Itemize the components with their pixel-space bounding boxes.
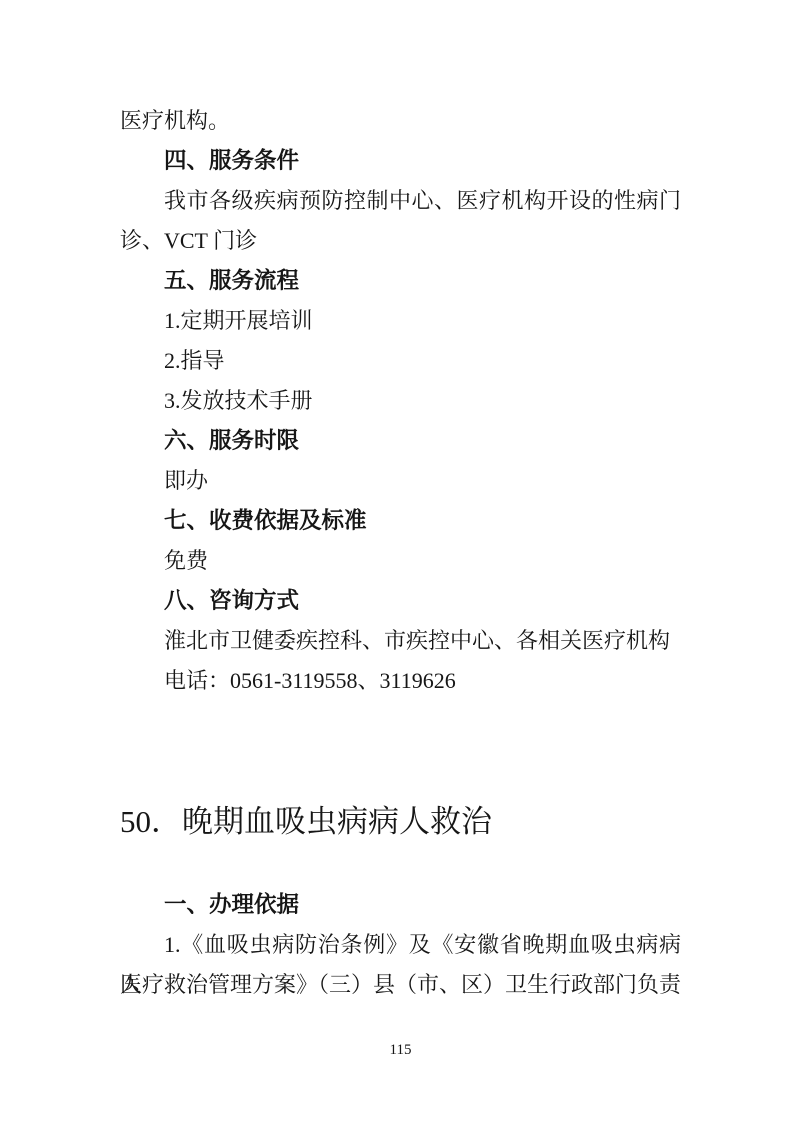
section-heading-service-process: 五、服务流程 [120,261,681,301]
paragraph-line: 医疗救治管理方案》（三）县（市、区）卫生行政部门负责 [120,965,681,1005]
section-heading-consultation: 八、咨询方式 [120,581,681,621]
section-heading-handling-basis: 一、办理依据 [120,885,681,925]
paragraph-line: 电话：0561-3119558、3119626 [120,661,681,701]
paragraph-line: 1.《血吸虫病防治条例》及《安徽省晚期血吸虫病病人 [120,925,681,965]
paragraph-line: 即办 [120,461,681,501]
vertical-spacer [120,844,681,885]
paragraph-line: 淮北市卫健委疾控科、市疾控中心、各相关医疗机构 [120,621,681,661]
section-heading-service-conditions: 四、服务条件 [120,141,681,181]
chapter-title-item-50: 50．晚期血吸虫病病人救治 [120,800,681,844]
vertical-spacer [120,701,681,800]
paragraph-line: 我市各级疾病预防控制中心、医疗机构开设的性病门 [120,181,681,221]
document-page: 医疗机构。 四、服务条件 我市各级疾病预防控制中心、医疗机构开设的性病门 诊、V… [0,0,793,1122]
process-step-line: 3.发放技术手册 [120,381,681,421]
process-step-line: 2.指导 [120,341,681,381]
page-content: 医疗机构。 四、服务条件 我市各级疾病预防控制中心、医疗机构开设的性病门 诊、V… [120,101,681,1005]
section-heading-fee-basis: 七、收费依据及标准 [120,501,681,541]
section-heading-service-time-limit: 六、服务时限 [120,421,681,461]
page-number: 115 [120,1040,681,1060]
paragraph-line: 诊、VCT 门诊 [120,221,681,261]
process-step-line: 1.定期开展培训 [120,301,681,341]
paragraph-continuation-line: 医疗机构。 [120,101,681,141]
paragraph-line: 免费 [120,541,681,581]
